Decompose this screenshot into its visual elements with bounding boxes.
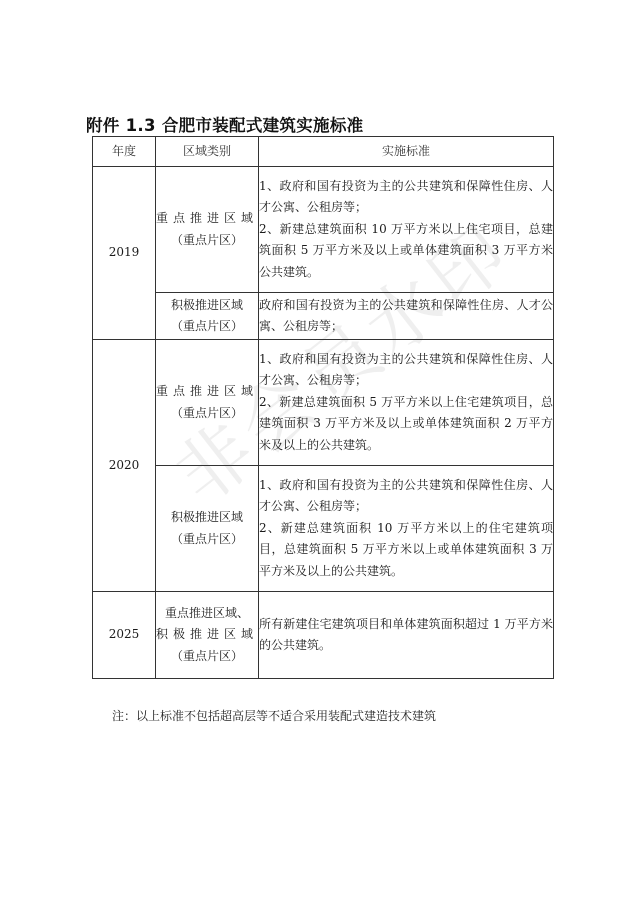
table-row: 2020 重点推进区域 （重点片区） 1、政府和国有投资为主的公共建筑和保障性住… (93, 340, 554, 466)
year-cell: 2020 (93, 340, 156, 592)
header-year: 年度 (93, 137, 156, 167)
standards-table: 年度 区域类别 实施标准 2019 重点推进区域 （重点片区） 1、政府和国有投… (92, 136, 554, 679)
zone-line: 重点推进区域 (156, 381, 258, 403)
zone-line: 重点推进区域、 (156, 603, 258, 625)
zone-line: 重点推进区域 (156, 208, 258, 230)
zone-line: （重点片区） (156, 230, 258, 252)
standard-item: 2、新建总建筑面积 5 万平方米以上住宅建筑项目，总建筑面积 3 万平方米及以上… (259, 392, 553, 457)
standard-item: 1、政府和国有投资为主的公共建筑和保障性住房、人才公寓、公租房等； (259, 176, 553, 219)
footnote: 注：以上标准不包括超高层等不适合采用装配式建造技术建筑 (112, 707, 436, 724)
standard-cell: 1、政府和国有投资为主的公共建筑和保障性住房、人才公寓、公租房等； 2、新建总建… (259, 167, 554, 293)
standard-cell: 1、政府和国有投资为主的公共建筑和保障性住房、人才公寓、公租房等； 2、新建总建… (259, 340, 554, 466)
table-header-row: 年度 区域类别 实施标准 (93, 137, 554, 167)
table-row: 积极推进区域 （重点片区） 1、政府和国有投资为主的公共建筑和保障性住房、人才公… (93, 466, 554, 592)
zone-cell: 积极推进区域 （重点片区） (156, 293, 259, 340)
standard-item: 2、新建总建筑面积 10 万平方米以上的住宅建筑项目，总建筑面积 5 万平方米以… (259, 518, 553, 583)
zone-line: （重点片区） (156, 646, 258, 668)
standard-item: 政府和国有投资为主的公共建筑和保障性住房、人才公寓、公租房等； (259, 295, 553, 338)
standard-item: 2、新建总建筑面积 10 万平方米以上住宅项目，总建筑面积 5 万平方米及以上或… (259, 219, 553, 284)
zone-line: 积极推进区域 (156, 295, 258, 317)
year-cell: 2025 (93, 592, 156, 679)
zone-line: 积极推进区域 (156, 507, 258, 529)
standard-item: 1、政府和国有投资为主的公共建筑和保障性住房、人才公寓、公租房等； (259, 349, 553, 392)
zone-line: 积极推进区域 (156, 624, 258, 646)
zone-cell: 积极推进区域 （重点片区） (156, 466, 259, 592)
zone-line: （重点片区） (156, 403, 258, 425)
standard-item: 1、政府和国有投资为主的公共建筑和保障性住房、人才公寓、公租房等； (259, 475, 553, 518)
table-row: 积极推进区域 （重点片区） 政府和国有投资为主的公共建筑和保障性住房、人才公寓、… (93, 293, 554, 340)
standard-cell: 1、政府和国有投资为主的公共建筑和保障性住房、人才公寓、公租房等； 2、新建总建… (259, 466, 554, 592)
zone-cell: 重点推进区域 （重点片区） (156, 340, 259, 466)
zone-line: （重点片区） (156, 316, 258, 338)
zone-cell: 重点推进区域、 积极推进区域 （重点片区） (156, 592, 259, 679)
table-row: 2019 重点推进区域 （重点片区） 1、政府和国有投资为主的公共建筑和保障性住… (93, 167, 554, 293)
standard-cell: 所有新建住宅建筑项目和单体建筑面积超过 1 万平方米的公共建筑。 (259, 592, 554, 679)
document-title: 附件 1.3 合肥市装配式建筑实施标准 (86, 112, 363, 136)
header-zone: 区域类别 (156, 137, 259, 167)
year-cell: 2019 (93, 167, 156, 340)
standard-cell: 政府和国有投资为主的公共建筑和保障性住房、人才公寓、公租房等； (259, 293, 554, 340)
standard-item: 所有新建住宅建筑项目和单体建筑面积超过 1 万平方米的公共建筑。 (259, 614, 553, 657)
zone-cell: 重点推进区域 （重点片区） (156, 167, 259, 293)
table-row: 2025 重点推进区域、 积极推进区域 （重点片区） 所有新建住宅建筑项目和单体… (93, 592, 554, 679)
header-standard: 实施标准 (259, 137, 554, 167)
zone-line: （重点片区） (156, 529, 258, 551)
